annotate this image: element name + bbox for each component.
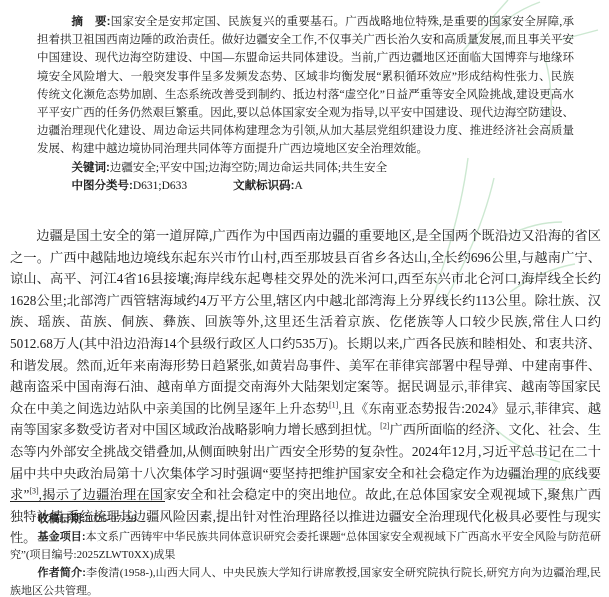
doc-code-label: 文献标识码: xyxy=(233,180,294,192)
citation-ref: [1] xyxy=(329,400,338,409)
classification-line: 中图分类号:D631;D633文献标识码:A xyxy=(37,177,574,195)
author-bio-value: 李俊清(1958-),山西大同人、中央民族大学知行讲席教授,国家安全研究院执行院… xyxy=(10,567,601,597)
citation-ref: [3] xyxy=(29,487,38,496)
received-date-line: 收稿日期:2025-07-28 xyxy=(10,510,601,528)
doc-code-value: A xyxy=(295,180,303,192)
paper-page: 摘 要:国家安全是安邦定国、民族复兴的重要基石。广西战略地位特殊,是重要的国家安… xyxy=(0,0,609,597)
keywords-label: 关键词: xyxy=(72,162,110,174)
abstract-label: 摘 要: xyxy=(72,16,111,28)
fund-project-label: 基金项目: xyxy=(38,531,86,543)
received-date-label: 收稿日期: xyxy=(38,513,86,525)
abstract-paragraph: 摘 要:国家安全是安邦定国、民族复兴的重要基石。广西战略地位特殊,是重要的国家安… xyxy=(37,13,574,159)
author-bio-line: 作者简介:李俊清(1958-),山西大同人、中央民族大学知行讲席教授,国家安全研… xyxy=(10,564,601,597)
clc-value: D631;D633 xyxy=(133,180,187,192)
fund-project-line: 基金项目:本文系广西铸牢中华民族共同体意识研究会委托课题“总体国家安全观视域下广… xyxy=(10,528,601,564)
body-text-segment: 边疆是国土安全的第一道屏障,广西作为中国西南边疆的重要地区,是全国两个既沿边又沿… xyxy=(10,228,601,416)
paper-content: 摘 要:国家安全是安邦定国、民族复兴的重要基石。广西战略地位特殊,是重要的国家安… xyxy=(0,13,609,549)
keywords-line: 关键词:边疆安全;平安中国;边海空防;周边命运共同体;共生安全 xyxy=(37,159,574,177)
author-bio-label: 作者简介: xyxy=(38,567,86,579)
fund-project-value: 本文系广西铸牢中华民族共同体意识研究会委托课题“总体国家安全观视域下广西高水平安… xyxy=(10,531,601,561)
received-date-value: 2025-07-28 xyxy=(85,513,136,525)
footnote-divider xyxy=(10,501,165,502)
keywords-text: 边疆安全;平安中国;边海空防;周边命运共同体;共生安全 xyxy=(110,162,387,174)
abstract-section: 摘 要:国家安全是安邦定国、民族复兴的重要基石。广西战略地位特殊,是重要的国家安… xyxy=(37,13,574,195)
abstract-text: 国家安全是安邦定国、民族复兴的重要基石。广西战略地位特殊,是重要的国家安全屏障,… xyxy=(37,16,574,155)
footnote-section: 收稿日期:2025-07-28 基金项目:本文系广西铸牢中华民族共同体意识研究会… xyxy=(10,501,601,597)
clc-label: 中图分类号: xyxy=(72,180,133,192)
